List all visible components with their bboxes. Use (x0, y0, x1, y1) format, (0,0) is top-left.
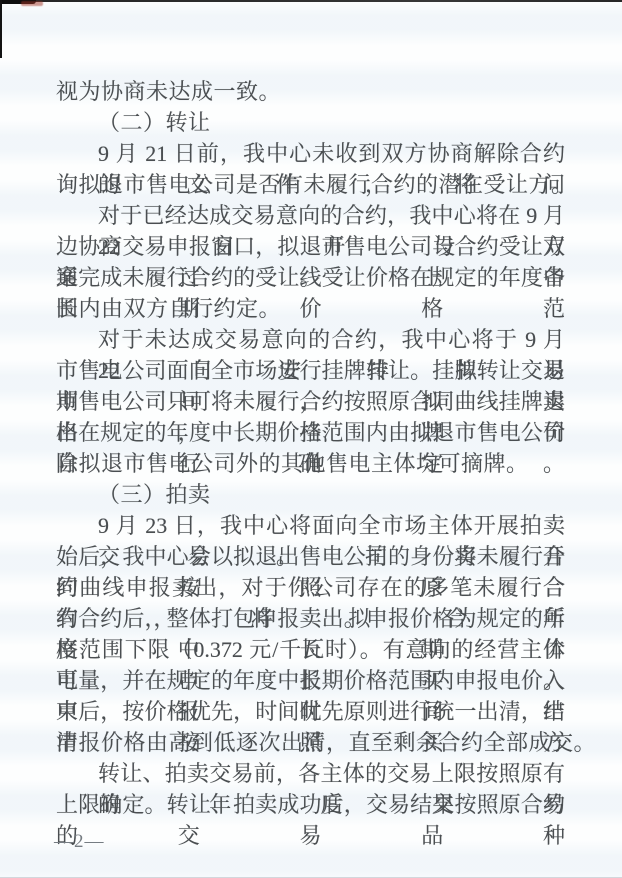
scan-artifact-red-mark (21, 1, 43, 6)
document-line: 市售电公司面向全市场进行挂牌转让。挂牌转让交易期间，拟退 (56, 355, 565, 386)
document-line: 始后，我中心会以拟退出售电公司的身份将未履行合约按照原合 (56, 541, 565, 572)
document-line: 同曲线申报卖出，对于你公司存在的多笔未履行合约，将拟合所 (56, 572, 565, 603)
scan-artifact-left-edge (0, 0, 2, 58)
document-line: 对于已经达成交易意向的合约，我中心将在 9 月 22 日开设双 (56, 200, 565, 231)
document-line: 视为协商未达成一致。 (56, 76, 565, 107)
document-body: 视为协商未达成一致。 （二）转让 9 月 21 日前，我中心未收到双方协商解除合… (56, 76, 565, 820)
document-line: 申报价格由高到低逐次出清，直至剩余合约全部成交。 (56, 727, 565, 758)
document-line: 有合约后，整体打包申报卖出。申报价格为规定的年度中长期价 (56, 603, 565, 634)
document-line: 边协商交易申报窗口，拟退市售电公司与合约受让方通过线上备 (56, 231, 565, 262)
document-line: 询拟退市售电公司是否有未履行合约的潜在受让方。 (56, 169, 565, 200)
document-line: 束后，按价格优先，时间优先原则进行统一出清，出清按照买方 (56, 696, 565, 727)
document-line: 案完成未履行合约的受让。受让价格在规定的年度中长期价格范 (56, 262, 565, 293)
document-line: 市售电公司只可将未履行合约按照原合同曲线挂牌卖出，挂牌价 (56, 386, 565, 417)
document-line: 转让、拍卖交易前，各主体的交易上限按照原有的年度交易 (56, 758, 565, 789)
document-line: 电量，并在规定的年度中长期价格范围内申报电价。申报时间结 (56, 665, 565, 696)
scan-artifact-top-border (0, 0, 622, 2)
document-line: 除拟退市售电公司外的其他售电主体均可摘牌。 (56, 448, 565, 479)
section-heading-transfer: （二）转让 (56, 107, 565, 138)
document-line: 对于未达成交易意向的合约，我中心将于 9 月 22 日安排拟退 (56, 324, 565, 355)
document-line: 格在规定的年度中长期价格范围内由拟退市售电公司自行确定。 (56, 417, 565, 448)
document-line: 上限确定。转让、拍卖成功后，交易结果按照原合约的交易品种 (56, 789, 565, 820)
page-number: —2— (54, 831, 105, 853)
document-line: 9 月 23 日，我中心将面向全市场主体开展拍卖交易。拍卖开 (56, 510, 565, 541)
section-heading-auction: （三）拍卖 (56, 479, 565, 510)
document-line: 9 月 21 日前，我中心未收到双方协商解除合约的文件，将问 (56, 138, 565, 169)
scanned-document-page: 视为协商未达成一致。 （二）转让 9 月 21 日前，我中心未收到双方协商解除合… (0, 0, 622, 878)
document-line: 格范围下限（0.372 元/千瓦时）。有意向的经营主体可申报买入 (56, 634, 565, 665)
